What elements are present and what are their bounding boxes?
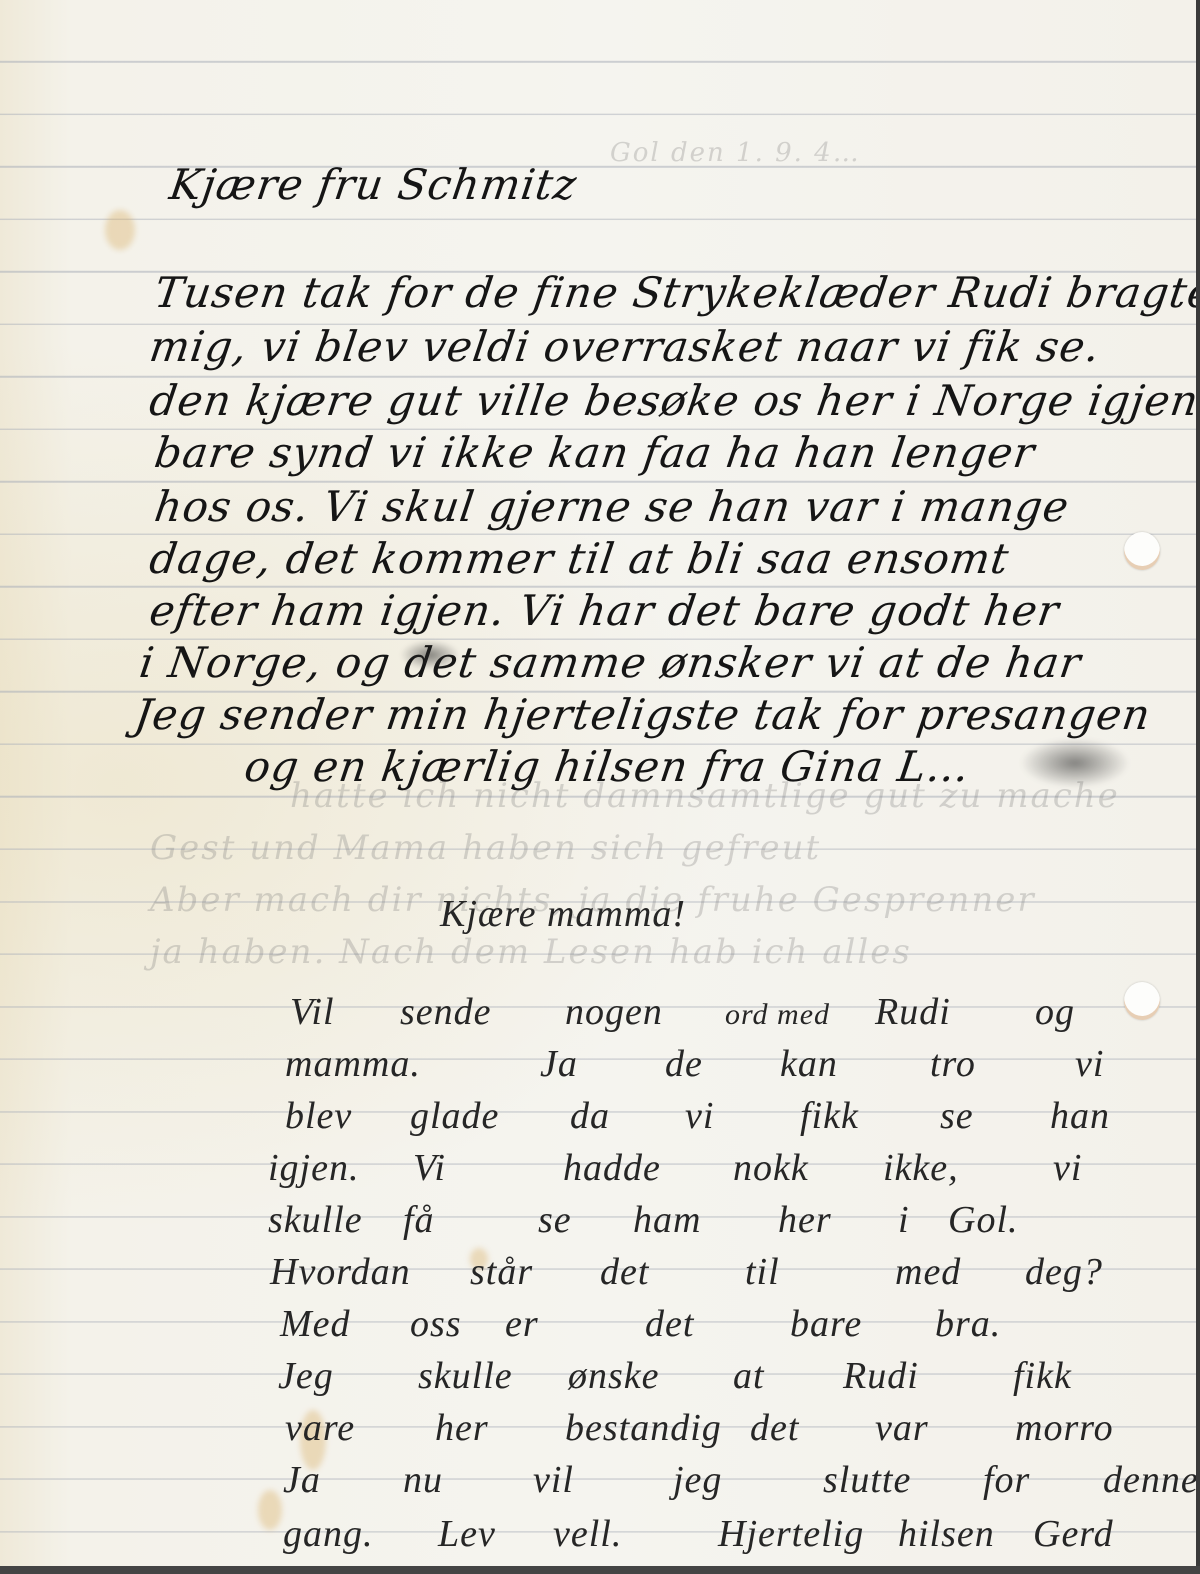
letter1-line: efter ham igjen. Vi har det bare godt he… (147, 586, 1063, 635)
bleed-through-line: Gest und Mama haben sich gefreut (150, 828, 821, 868)
word: i (898, 1198, 948, 1242)
word: Gol. (948, 1198, 1019, 1242)
letter1-line: dage, det kommer til at bli saa ensomt (147, 534, 1013, 583)
letter2-line: blevgladedavifikksehan (285, 1094, 1110, 1138)
letter1-line: bare synd vi ikke kan faa ha han lenger (152, 428, 1039, 477)
word: var (875, 1406, 1015, 1450)
word: blev (285, 1094, 410, 1138)
letter2-line: mamma.Jadekantrovi (285, 1042, 1104, 1086)
word: det (750, 1406, 875, 1450)
word: med (895, 1250, 1025, 1294)
letter2-line: Januviljegsluttefordenne (283, 1458, 1196, 1502)
word: nu (403, 1458, 533, 1502)
word: vi (685, 1094, 800, 1138)
word: hadde (563, 1146, 733, 1190)
bleed-through-line: ja haben. Nach dem Lesen hab ich alles (150, 932, 912, 972)
word: Rudi (875, 990, 1035, 1034)
word: sende (400, 990, 565, 1034)
word: se (940, 1094, 1050, 1138)
punch-hole (1124, 982, 1160, 1020)
word: skulle (418, 1354, 568, 1398)
word: deg? (1025, 1250, 1103, 1294)
word: gang. (283, 1512, 438, 1556)
word: få (403, 1198, 538, 1242)
word: vare (285, 1406, 435, 1450)
word: Vil (290, 990, 400, 1034)
word: bare (790, 1302, 935, 1346)
letter2-line: Medosserdetbarebra. (280, 1302, 1001, 1346)
letter-page: Gol den 1. 9. 4… Gest und Mama haben sic… (0, 0, 1196, 1568)
word: de (665, 1042, 780, 1086)
word: morro (1015, 1406, 1114, 1450)
word: oss (410, 1302, 505, 1346)
word: slutte (823, 1458, 983, 1502)
word: for (983, 1458, 1103, 1502)
punch-hole (1124, 532, 1160, 570)
word: og (1035, 990, 1075, 1034)
word: ikke, (883, 1146, 1053, 1190)
word: fikk (1013, 1354, 1072, 1398)
word: her (778, 1198, 898, 1242)
word: Med (280, 1302, 410, 1346)
word: nogen (565, 990, 725, 1034)
word: Ja (540, 1042, 665, 1086)
word: glade (410, 1094, 570, 1138)
word: tro (930, 1042, 1075, 1086)
word: mamma. (285, 1042, 540, 1086)
word: ham (633, 1198, 778, 1242)
word: nokk (733, 1146, 883, 1190)
word: er (505, 1302, 645, 1346)
word: her (435, 1406, 565, 1450)
ink-smudge (1020, 738, 1130, 788)
word: Ja (283, 1458, 403, 1502)
letter2-line: vareherbestandigdetvarmorro (285, 1406, 1114, 1450)
word: til (745, 1250, 895, 1294)
word: denne (1103, 1458, 1196, 1502)
word: Rudi (843, 1354, 1013, 1398)
letter2-line: gang.Levvell.HjertelighilsenGerd (283, 1512, 1114, 1556)
word: Hvordan (270, 1250, 470, 1294)
word: det (645, 1302, 790, 1346)
word: se (538, 1198, 633, 1242)
word: da (570, 1094, 685, 1138)
letter2-line: skullefåsehamheriGol. (268, 1198, 1019, 1242)
letter1-line: Tusen tak for de fine Strykeklæder Rudi … (152, 268, 1196, 317)
word: jeg (673, 1458, 823, 1502)
word: bestandig (565, 1406, 750, 1450)
stain (105, 210, 135, 250)
word: at (733, 1354, 843, 1398)
letter2-closing: Hjertelig (718, 1512, 898, 1556)
letter2-line: igjen.Vihaddenokkikke,vi (268, 1146, 1082, 1190)
letter2-signature: Gerd (1033, 1512, 1114, 1556)
word: Lev (438, 1512, 553, 1556)
word: fikk (800, 1094, 940, 1138)
word: ønske (568, 1354, 733, 1398)
letter1-closing: og en kjærlig hilsen fra Gina L… (242, 742, 974, 791)
word: ord med (725, 998, 875, 1032)
word: Jeg (278, 1354, 418, 1398)
letter1-salutation: Kjære fru Schmitz (167, 160, 581, 209)
word: det (600, 1250, 745, 1294)
word: igjen. (268, 1146, 413, 1190)
word: kan (780, 1042, 930, 1086)
letter1-line: hos os. Vi skul gjerne se han var i mang… (152, 482, 1073, 531)
word: vi (1075, 1042, 1104, 1086)
word: vi (1053, 1146, 1082, 1190)
letter2-line: Vilsendenogenord medRudiog (290, 990, 1075, 1034)
word: står (470, 1250, 600, 1294)
letter1-line: Jeg sender min hjerteligste tak for pres… (132, 690, 1154, 739)
scan-edge (0, 1566, 1200, 1574)
word: han (1050, 1094, 1110, 1138)
letter2-closing: hilsen (898, 1512, 1033, 1556)
bleed-through-date: Gol den 1. 9. 4… (610, 138, 861, 168)
word: vil (533, 1458, 673, 1502)
word: Vi (413, 1146, 563, 1190)
stain (258, 1490, 282, 1530)
word: bra. (935, 1302, 1001, 1346)
word: vell. (553, 1512, 718, 1556)
letter2-salutation: Kjære mamma! (440, 892, 686, 936)
word: skulle (268, 1198, 403, 1242)
letter2-line: Hvordanstårdettilmeddeg? (270, 1250, 1103, 1294)
letter1-line: den kjære gut ville besøke os her i Norg… (147, 376, 1196, 425)
letter1-line: mig, vi blev veldi overrasket naar vi fi… (147, 322, 1104, 371)
letter1-line: i Norge, og det samme ønsker vi at de ha… (137, 638, 1085, 687)
ink-smudge (400, 640, 460, 670)
letter2-line: JegskulleønskeatRudifikk (278, 1354, 1072, 1398)
